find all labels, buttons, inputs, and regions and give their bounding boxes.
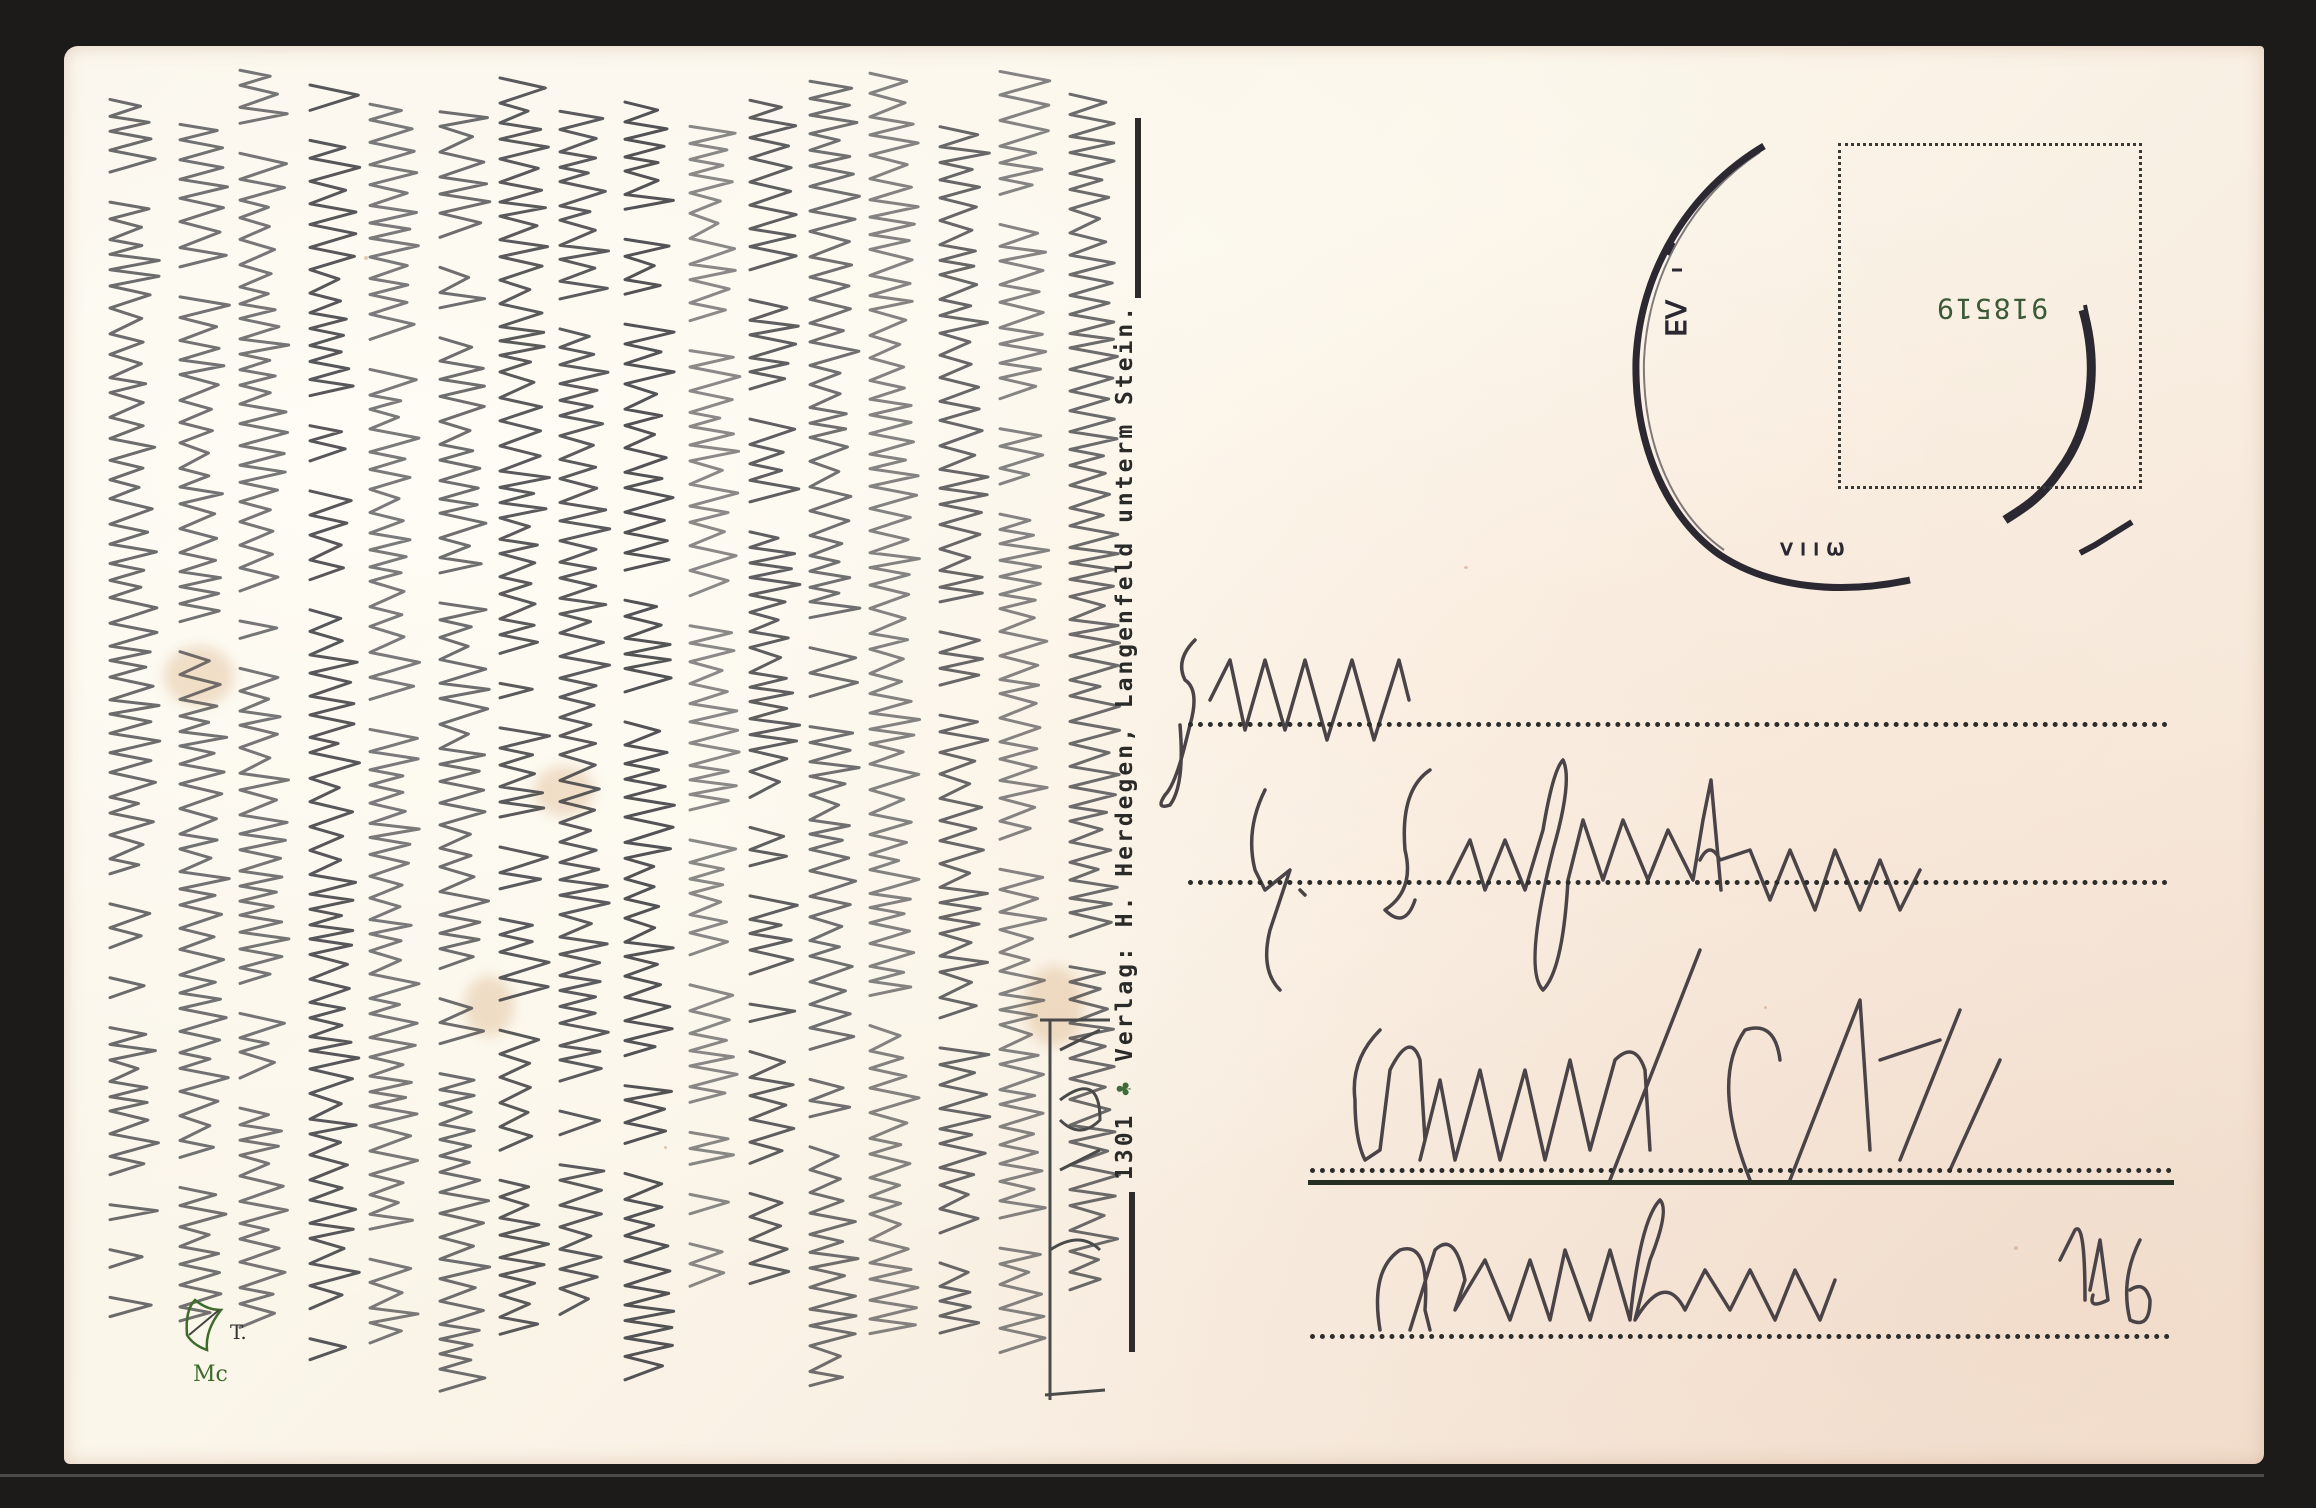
scan-edge: [0, 1474, 2264, 1477]
stamp-code: 918519: [1935, 292, 2048, 325]
address-text-1: Herrn: [0, 0, 1, 1]
paper-speck: [1464, 566, 1468, 569]
address-line-3-underline: [1308, 1180, 2174, 1185]
address-text-2: C. Luchheitmann: [0, 0, 1, 1]
paper-speck: [2014, 1246, 2018, 1250]
address-text-3: Jena / Th.: [0, 0, 1, 1]
publisher-imprint: 1301 ♣ Verlag: H. Herdegen, Langenfeld u…: [1112, 304, 1138, 1180]
paper-stain: [1024, 966, 1084, 1046]
printer-mark-m: Mc: [193, 1362, 228, 1387]
paper-stain: [534, 766, 594, 816]
message-date: 17. 5. 27: [0, 0, 1, 1]
printer-logo-icon: [175, 1295, 225, 1355]
imprint-number: 1301: [1112, 1113, 1138, 1180]
club-ornament-icon: ♣: [1112, 1079, 1138, 1096]
paper-stain: [464, 976, 514, 1036]
address-text-4: Kreinborn 126.: [0, 0, 1, 1]
paper-stain: [164, 646, 234, 706]
paper-speck: [364, 256, 368, 260]
printer-mark-t: T.: [230, 1320, 247, 1344]
address-line-3: [1310, 1168, 2172, 1173]
address-line-4: [1310, 1334, 2170, 1339]
imprint-text: Verlag: H. Herdegen, Langenfeld unterm S…: [1112, 304, 1138, 1062]
address-line-2: [1188, 880, 2168, 885]
paper-speck: [944, 446, 947, 449]
paper-speck: [664, 1146, 667, 1149]
address-line-1: [1188, 722, 2168, 727]
paper-speck: [1764, 1006, 1767, 1009]
